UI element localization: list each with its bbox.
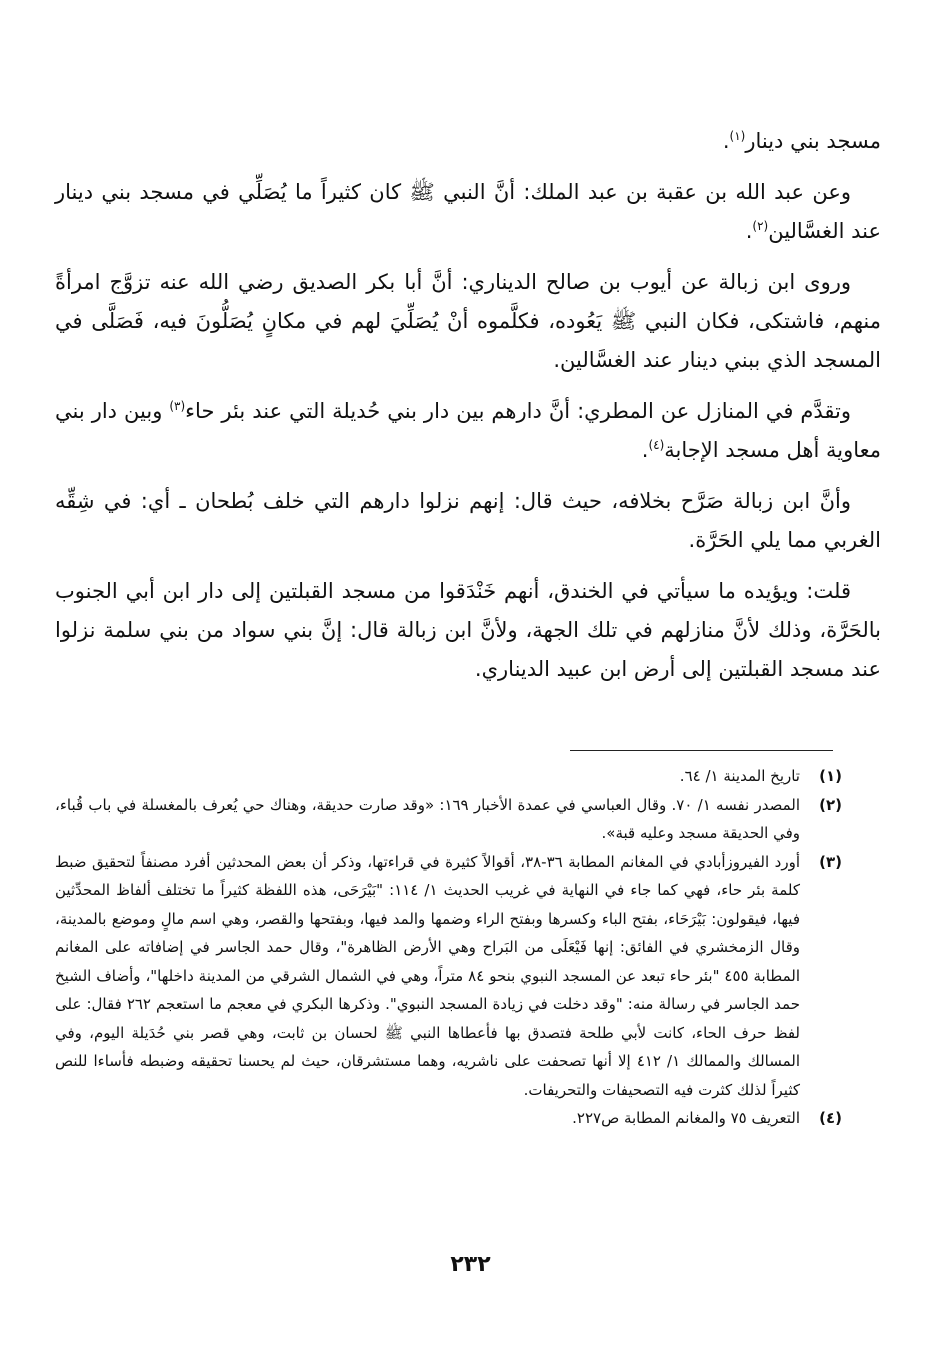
- footnote-text: أورد الفيروزأبادي في المغانم المطابة ٣٦-…: [55, 848, 800, 1105]
- paragraph-text: وعن عبد الله بن عقبة بن عبد الملك: أنَّ …: [55, 180, 881, 243]
- footnote-2: (٢) المصدر نفسه ١/ ٧٠. وقال العباسي في ع…: [55, 791, 842, 848]
- footnote-number: (١): [800, 762, 842, 791]
- paragraph-end: .: [723, 129, 730, 153]
- paragraph-5: قلت: ويؤيده ما سيأتي في الخندق، أنهم خَن…: [55, 572, 881, 689]
- footnote-text: المصدر نفسه ١/ ٧٠. وقال العباسي في عمدة …: [55, 791, 800, 848]
- footnote-text: تاريخ المدينة ١/ ٦٤.: [55, 762, 800, 791]
- book-page: مسجد بني دينار(١). وعن عبد الله بن عقبة …: [0, 0, 941, 1358]
- main-text: مسجد بني دينار(١). وعن عبد الله بن عقبة …: [55, 122, 881, 689]
- paragraph-4: وأنَّ ابن زبالة صَرَّح بخلافه، حيث قال: …: [55, 482, 881, 560]
- paragraph-text-before: وتقدَّم في المنازل عن المطري: أنَّ دارهم…: [185, 399, 851, 423]
- paragraph-1: وعن عبد الله بن عقبة بن عبد الملك: أنَّ …: [55, 173, 881, 251]
- footnote-number: (٣): [800, 848, 842, 1105]
- footnote-3: (٣) أورد الفيروزأبادي في المغانم المطابة…: [55, 848, 842, 1105]
- paragraph-text: قلت: ويؤيده ما سيأتي في الخندق، أنهم خَن…: [55, 579, 881, 681]
- footnote-text: التعريف ٧٥ والمغانم المطابة ص٢٢٧.: [55, 1104, 800, 1133]
- paragraph-text: وروى ابن زبالة عن أيوب بن صالح الديناري:…: [55, 270, 881, 372]
- footnotes: (١) تاريخ المدينة ١/ ٦٤. (٢) المصدر نفسه…: [55, 762, 842, 1133]
- footnote-ref-3[interactable]: (٣): [169, 399, 185, 413]
- paragraph-3: وتقدَّم في المنازل عن المطري: أنَّ دارهم…: [55, 392, 881, 470]
- footnote-4: (٤) التعريف ٧٥ والمغانم المطابة ص٢٢٧.: [55, 1104, 842, 1133]
- footnote-divider: [570, 750, 833, 751]
- paragraph-0: مسجد بني دينار(١).: [55, 122, 881, 161]
- footnote-ref-1[interactable]: (١): [730, 129, 746, 143]
- paragraph-2: وروى ابن زبالة عن أيوب بن صالح الديناري:…: [55, 263, 881, 380]
- paragraph-text: مسجد بني دينار: [745, 129, 881, 153]
- paragraph-text: وأنَّ ابن زبالة صَرَّح بخلافه، حيث قال: …: [55, 489, 881, 552]
- footnote-number: (٢): [800, 791, 842, 848]
- footnote-ref-2[interactable]: (٢): [752, 219, 768, 233]
- footnote-number: (٤): [800, 1104, 842, 1133]
- footnote-1: (١) تاريخ المدينة ١/ ٦٤.: [55, 762, 842, 791]
- footnote-ref-4[interactable]: (٤): [648, 438, 664, 452]
- page-number: ٢٣٢: [0, 1252, 941, 1277]
